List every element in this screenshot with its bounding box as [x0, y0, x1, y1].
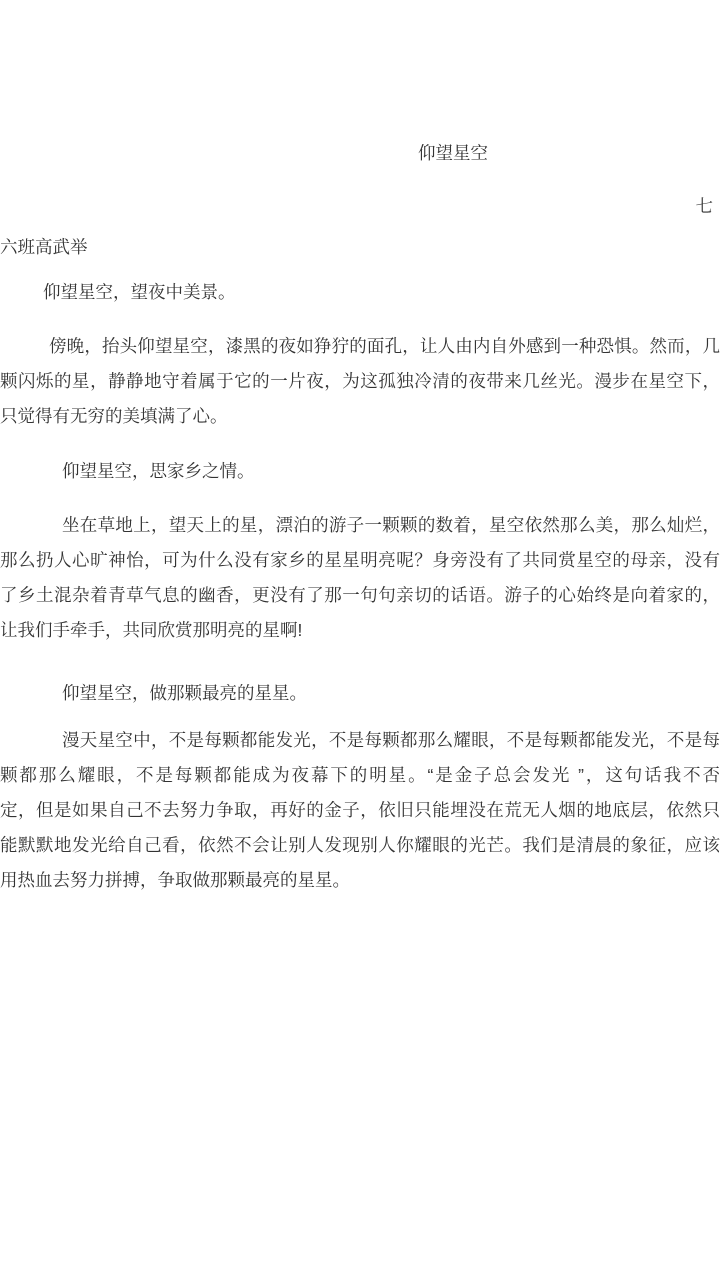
paragraph-5: 仰望星空，做那颗最亮的星星。	[0, 676, 720, 711]
text-line: 仰望星空，望夜中美景。	[0, 275, 720, 310]
text-line: 那么扔人心旷神怡，可为什么没有家乡的星星明亮呢？身旁没有了共同赏星空的母亲，没有	[0, 543, 720, 578]
paragraph-3: 仰望星空，思家乡之情。	[0, 454, 720, 489]
document-page: 仰望星空 七 六班高武举 仰望星空，望夜中美景。 傍晚，抬头仰望星空，漆黑的夜如…	[0, 0, 720, 1280]
paragraph-6: 漫天星空中，不是每颗都能发光，不是每颗都那么耀眼，不是每颗都能发光，不是每 颗都…	[0, 723, 720, 898]
text-line: 仰望星空，思家乡之情。	[0, 454, 720, 489]
author-line-1: 七	[0, 189, 720, 224]
paragraph-2: 傍晚，抬头仰望星空，漆黑的夜如狰狞的面孔，让人由内自外感到一种恐惧。然而，几 颗…	[0, 329, 720, 434]
text-line: 颗都那么耀眼，不是每颗都能成为夜幕下的明星。“是金子总会发光 ”，这句话我不否	[0, 758, 720, 793]
text-line: 让我们手牵手，共同欣赏那明亮的星啊!	[0, 613, 720, 648]
paragraph-1: 仰望星空，望夜中美景。	[0, 275, 720, 310]
text-line: 傍晚，抬头仰望星空，漆黑的夜如狰狞的面孔，让人由内自外感到一种恐惧。然而，几	[0, 329, 720, 364]
text-line: 漫天星空中，不是每颗都能发光，不是每颗都那么耀眼，不是每颗都能发光，不是每	[0, 723, 720, 758]
text-line: 只觉得有无穷的美填满了心。	[0, 399, 720, 434]
text-line: 能默默地发光给自己看，依然不会让别人发现别人你耀眼的光芒。我们是清晨的象征，应该	[0, 828, 720, 863]
text-line: 定，但是如果自己不去努力争取，再好的金子，依旧只能埋没在荒无人烟的地底层，依然只	[0, 793, 720, 828]
text-line: 了乡土混杂着青草气息的幽香，更没有了那一句句亲切的话语。游子的心始终是向着家的，	[0, 578, 720, 613]
author-line-2: 六班高武举	[0, 230, 720, 265]
document-title: 仰望星空	[0, 136, 720, 171]
text-line: 坐在草地上，望天上的星，漂泊的游子一颗颗的数着，星空依然那么美，那么灿烂，	[0, 508, 720, 543]
text-line: 颗闪烁的星，静静地守着属于它的一片夜，为这孤独冷清的夜带来几丝光。漫步在星空下，	[0, 364, 720, 399]
text-line: 用热血去努力拼搏，争取做那颗最亮的星星。	[0, 863, 720, 898]
text-line: 仰望星空，做那颗最亮的星星。	[0, 676, 720, 711]
paragraph-4: 坐在草地上，望天上的星，漂泊的游子一颗颗的数着，星空依然那么美，那么灿烂， 那么…	[0, 508, 720, 648]
